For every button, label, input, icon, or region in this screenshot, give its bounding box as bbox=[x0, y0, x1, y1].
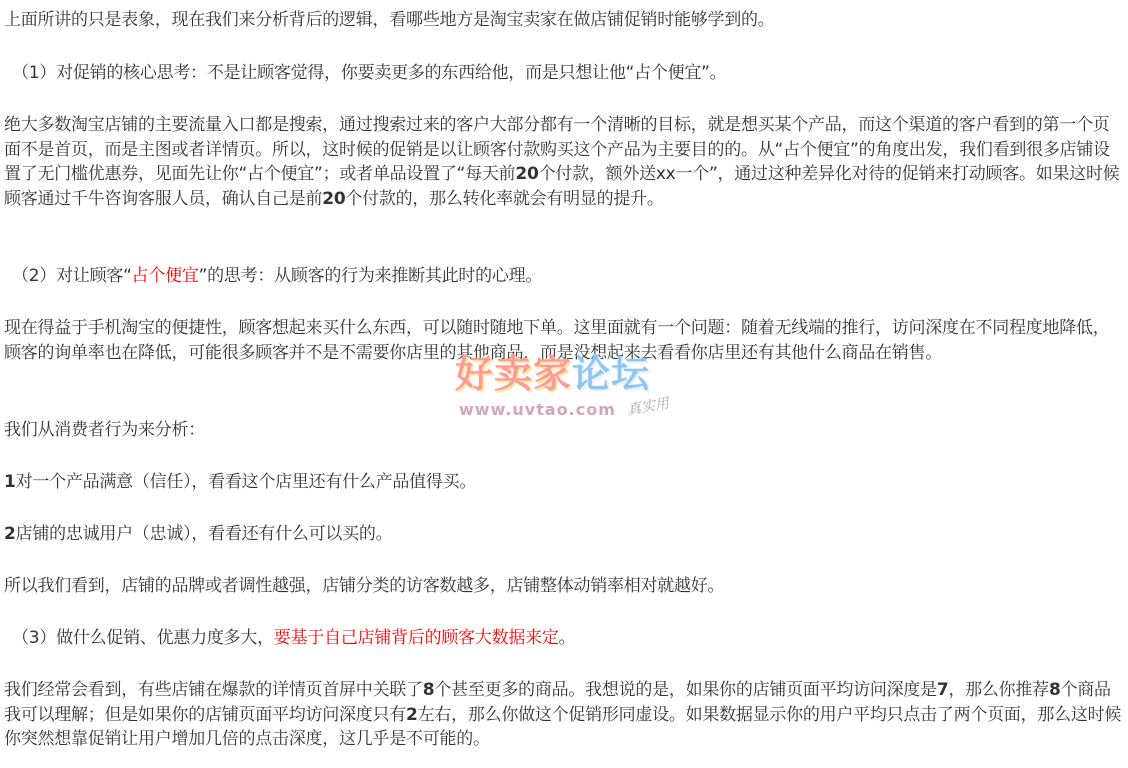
section-1-heading: （1）对促销的核心思考：不是让顾客觉得，你要卖更多的东西给他，而是只想让他“占个… bbox=[4, 61, 1128, 86]
text-run: ，那么你推荐 bbox=[948, 680, 1049, 700]
number: 8 bbox=[1049, 680, 1061, 700]
analysis-intro: 我们从消费者行为来分析： bbox=[4, 418, 1122, 443]
number: 20 bbox=[515, 164, 538, 184]
point-number: 1 bbox=[4, 472, 16, 492]
heading-suffix: ”的思考：从顾客的行为来推断其此时的心理。 bbox=[199, 266, 543, 286]
point-2: 2店铺的忠诚用户（忠诚），看看还有什么可以买的。 bbox=[4, 522, 1122, 547]
point-number: 2 bbox=[4, 524, 16, 544]
text-run: 我们经常会看到，有些店铺在爆款的详情页首屏中关联了 bbox=[4, 680, 423, 700]
heading-prefix: （3）做什么促销、优惠力度多大， bbox=[12, 628, 274, 648]
section-3-body: 我们经常会看到，有些店铺在爆款的详情页首屏中关联了8个甚至更多的商品。我想说的是… bbox=[4, 678, 1122, 752]
text-run: 个甚至更多的商品。我想说的是，如果你的店铺页面平均访问深度是 bbox=[434, 680, 937, 700]
section-2-heading: （2）对让顾客“占个便宜”的思考：从顾客的行为来推断其此时的心理。 bbox=[4, 264, 1128, 289]
number: 8 bbox=[423, 680, 435, 700]
number: 2 bbox=[406, 705, 418, 725]
heading-suffix: 。 bbox=[559, 628, 576, 648]
point-1: 1对一个产品满意（信任），看看这个店里还有什么产品值得买。 bbox=[4, 470, 1122, 495]
point-text: 店铺的忠诚用户（忠诚），看看还有什么可以买的。 bbox=[16, 524, 393, 544]
intro-paragraph: 上面所讲的只是表象，现在我们来分析背后的逻辑，看哪些地方是淘宝卖家在做店铺促销时… bbox=[4, 8, 1122, 33]
highlighted-phrase: 要基于自己店铺背后的顾客大数据来定 bbox=[274, 628, 559, 648]
text-run: 个付款的，那么转化率就会有明显的提升。 bbox=[345, 189, 663, 209]
section-1-body: 绝大多数淘宝店铺的主要流量入口都是搜索，通过搜索过来的客户大部分都有一个清晰的目… bbox=[4, 113, 1122, 211]
point-text: 对一个产品满意（信任），看看这个店里还有什么产品值得买。 bbox=[16, 472, 477, 492]
section-2-body: 现在得益于手机淘宝的便捷性，顾客想起来买什么东西，可以随时随地下单。这里面就有一… bbox=[4, 316, 1122, 365]
highlighted-phrase: 占个便宜 bbox=[132, 266, 199, 286]
section-3-heading: （3）做什么促销、优惠力度多大，要基于自己店铺背后的顾客大数据来定。 bbox=[4, 626, 1128, 651]
number: 20 bbox=[322, 189, 345, 209]
watermark-url: www.uvtao.com bbox=[459, 400, 616, 419]
watermark-signature: 真实用 bbox=[626, 393, 671, 420]
number: 7 bbox=[937, 680, 949, 700]
conclusion-paragraph: 所以我们看到，店铺的品牌或者调性越强，店铺分类的访客数越多，店铺整体动销率相对就… bbox=[4, 574, 1122, 599]
heading-prefix: （2）对让顾客“ bbox=[12, 266, 132, 286]
